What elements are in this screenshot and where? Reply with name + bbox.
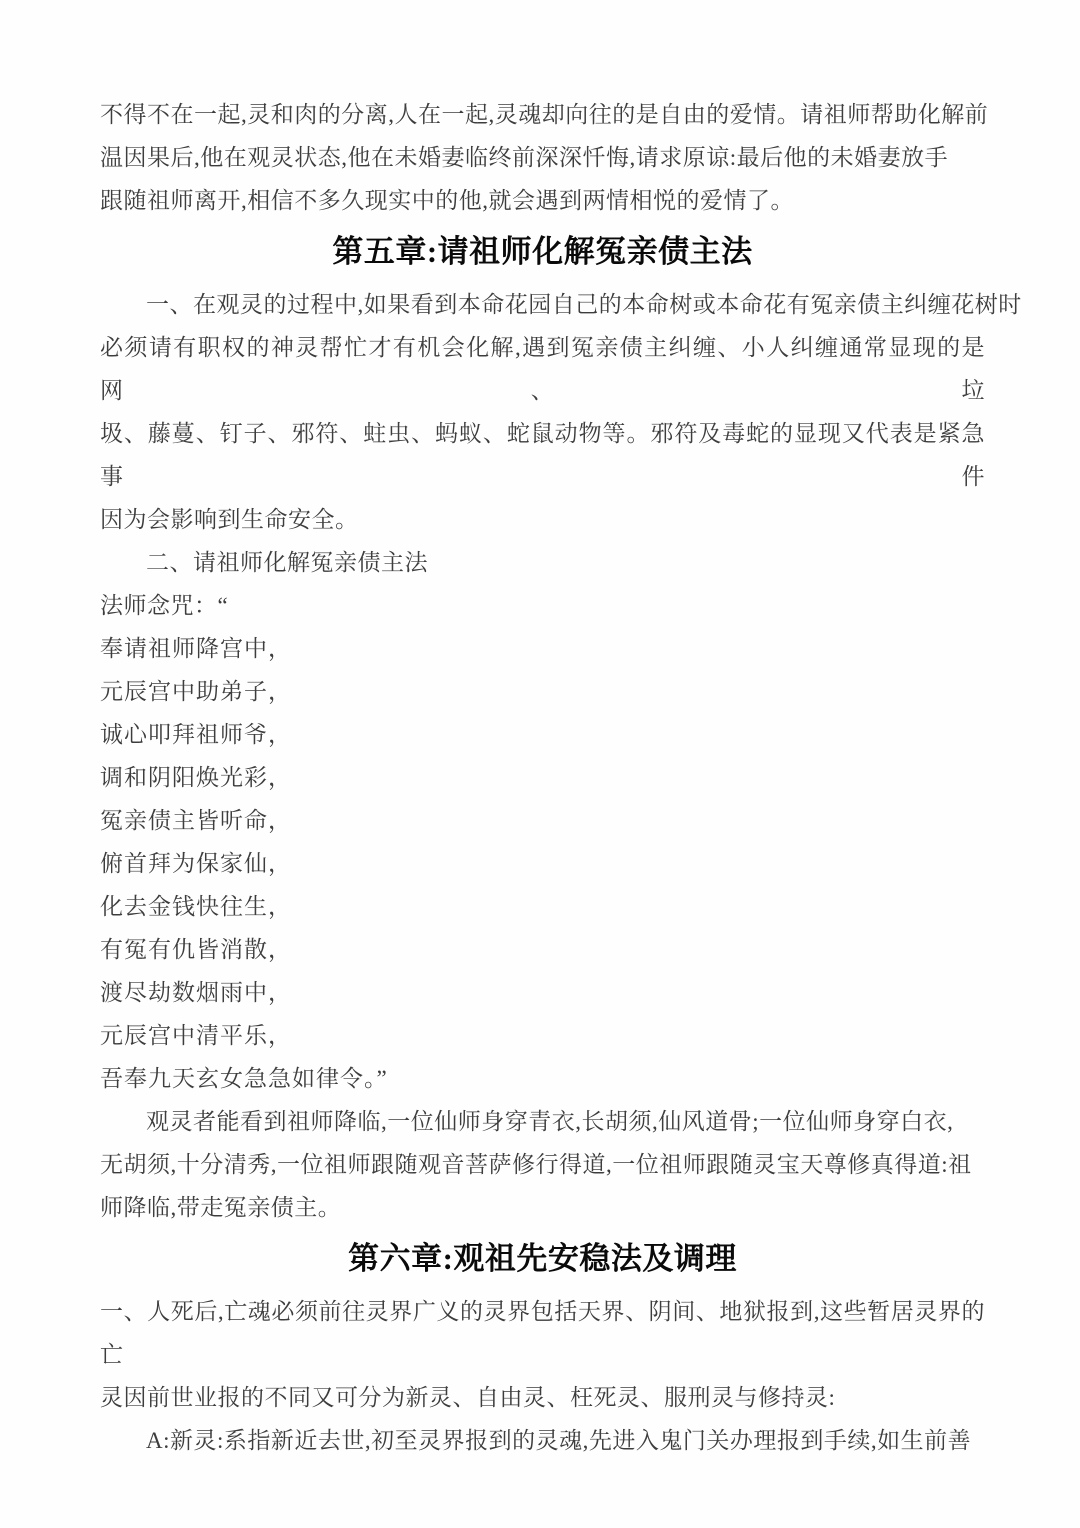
verse-line: 冤亲债主皆听命， — [100, 799, 985, 842]
text-line: 不得不在一起,灵和肉的分离,人在一起,灵魂却向往的是自由的爱情。请祖师帮助化解前 — [100, 93, 985, 136]
verse-line: 调和阴阳焕光彩， — [100, 756, 985, 799]
verse-line: 有冤有仇皆消散， — [100, 928, 985, 971]
chapter-heading: 第六章:观祖先安稳法及调理 — [100, 1237, 985, 1281]
text-line: 师降临,带走冤亲债主。 — [100, 1186, 985, 1229]
verse-line: 奉请祖师降宫中， — [100, 627, 985, 670]
text-line: 法师念咒：“ — [100, 584, 985, 627]
verse-line: 元辰宫中清平乐， — [100, 1014, 985, 1057]
text-line: 因为会影响到生命安全。 — [100, 498, 985, 541]
text-line: 必须请有职权的神灵帮忙才有机会化解,遇到冤亲债主纠缠、小人纠缠通常显现的是网、垃 — [100, 326, 985, 412]
verse-line: 俯首拜为保家仙， — [100, 842, 985, 885]
text-line: 灵因前世业报的不同又可分为新灵、自由灵、枉死灵、服刑灵与修持灵: — [100, 1376, 985, 1419]
text-line: 一、在观灵的过程中,如果看到本命花园自己的本命树或本命花有冤亲债主纠缠花树时 — [100, 283, 985, 326]
text-line: 无胡须,十分清秀,一位祖师跟随观音菩萨修行得道,一位祖师跟随灵宝天尊修真得道:祖 — [100, 1143, 985, 1186]
document-page: 不得不在一起,灵和肉的分离,人在一起,灵魂却向往的是自由的爱情。请祖师帮助化解前… — [0, 0, 1080, 1528]
text-line: A:新灵:系指新近去世,初至灵界报到的灵魂,先进入鬼门关办理报到手续,如生前善 — [100, 1419, 985, 1462]
text-line: 一、人死后,亡魂必须前往灵界广义的灵界包括天界、阴间、地狱报到,这些暂居灵界的亡 — [100, 1290, 985, 1376]
verse-line: 吾奉九天玄女急急如律令。” — [100, 1057, 985, 1100]
verse-line: 元辰宫中助弟子， — [100, 670, 985, 713]
chapter-heading: 第五章:请祖师化解冤亲债主法 — [100, 230, 985, 274]
verse-line: 诚心叩拜祖师爷， — [100, 713, 985, 756]
text-line: 跟随祖师离开,相信不多久现实中的他,就会遇到两情相悦的爱情了。 — [100, 179, 985, 222]
verse-line: 渡尽劫数烟雨中， — [100, 971, 985, 1014]
verse-line: 化去金钱快往生， — [100, 885, 985, 928]
text-line: 二、请祖师化解冤亲债主法 — [100, 541, 985, 584]
text-line: 圾、藤蔓、钉子、邪符、蛀虫、蚂蚁、蛇鼠动物等。邪符及毒蛇的显现又代表是紧急事件 — [100, 412, 985, 498]
text-line: 温因果后,他在观灵状态,他在未婚妻临终前深深忏悔,请求原谅:最后他的未婚妻放手 — [100, 136, 985, 179]
text-line: 观灵者能看到祖师降临,一位仙师身穿青衣,长胡须,仙风道骨;一位仙师身穿白衣, — [100, 1100, 985, 1143]
